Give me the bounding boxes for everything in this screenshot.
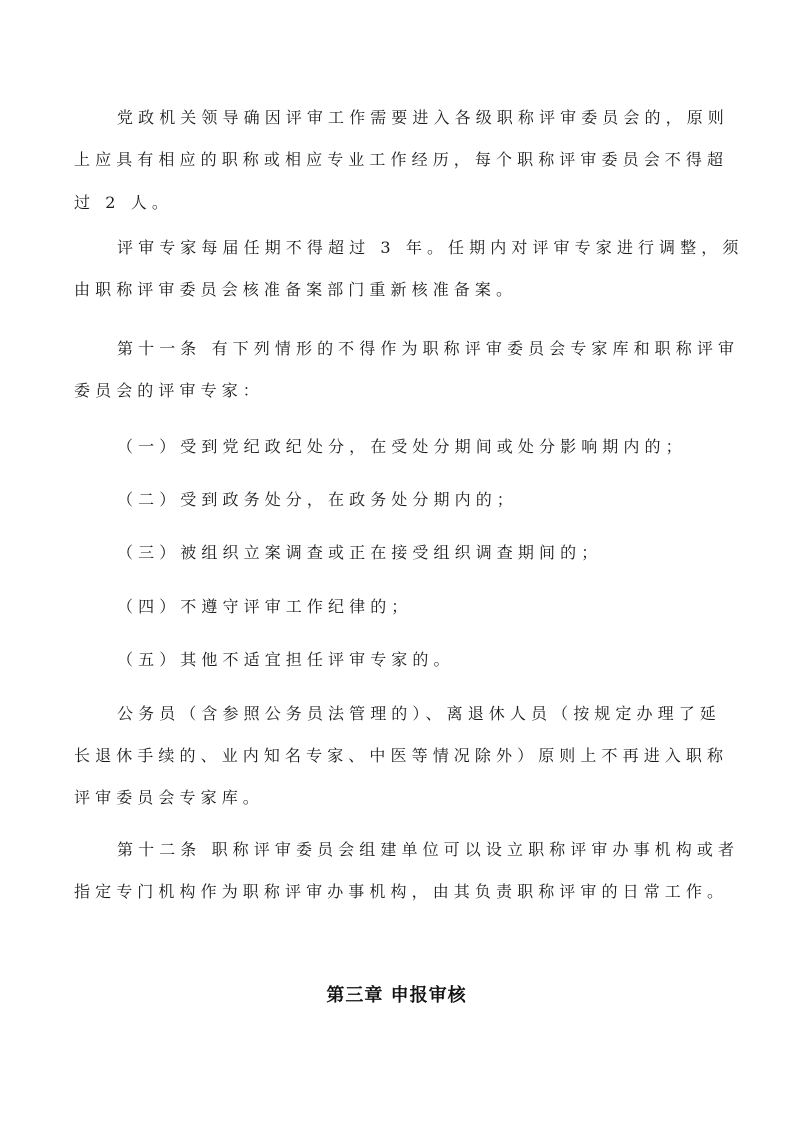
list-item-4: （四）不遵守评审工作纪律的；: [117, 594, 757, 620]
chapter-heading: 第三章 申报审核: [0, 983, 793, 1009]
article-11-line-1: 第十一条 有下列情形的不得作为职称评审委员会专家库和职称评审: [117, 336, 717, 362]
document-page: 党政机关领导确因评审工作需要进入各级职称评审委员会的，原则 上应具有相应的职称或…: [0, 0, 793, 1122]
paragraph-civil-servants-line-2: 长退休手续的、业内知名专家、中医等情况除外）原则上不再进入职称: [74, 743, 714, 769]
paragraph-civil-servants-line-3: 评审委员会专家库。: [74, 785, 714, 811]
paragraph-civil-servants-line-1: 公务员（含参照公务员法管理的）、离退休人员（按规定办理了延: [117, 701, 717, 727]
article-12-line-1: 第十二条 职称评审委员会组建单位可以设立职称评审办事机构或者: [117, 837, 717, 863]
article-11-line-2: 委员会的评审专家：: [74, 378, 714, 404]
paragraph-leader-participation-line-2: 上应具有相应的职称或相应专业工作经历，每个职称评审委员会不得超: [74, 147, 714, 173]
list-item-2: （二）受到政务处分，在政务处分期内的；: [117, 487, 757, 513]
paragraph-leader-participation-line-1: 党政机关领导确因评审工作需要进入各级职称评审委员会的，原则: [117, 105, 717, 131]
paragraph-leader-participation-line-3: 过 2 人。: [74, 190, 714, 216]
paragraph-expert-term-line-2: 由职称评审委员会核准备案部门重新核准备案。: [74, 277, 714, 303]
article-12-line-2: 指定专门机构作为职称评审办事机构，由其负责职称评审的日常工作。: [74, 879, 714, 905]
list-item-1: （一）受到党纪政纪处分，在受处分期间或处分影响期内的；: [117, 434, 757, 460]
paragraph-expert-term-line-1: 评审专家每届任期不得超过 3 年。任期内对评审专家进行调整，须: [117, 235, 717, 261]
list-item-5: （五）其他不适宜担任评审专家的。: [117, 647, 757, 673]
list-item-3: （三）被组织立案调查或正在接受组织调查期间的；: [117, 540, 757, 566]
